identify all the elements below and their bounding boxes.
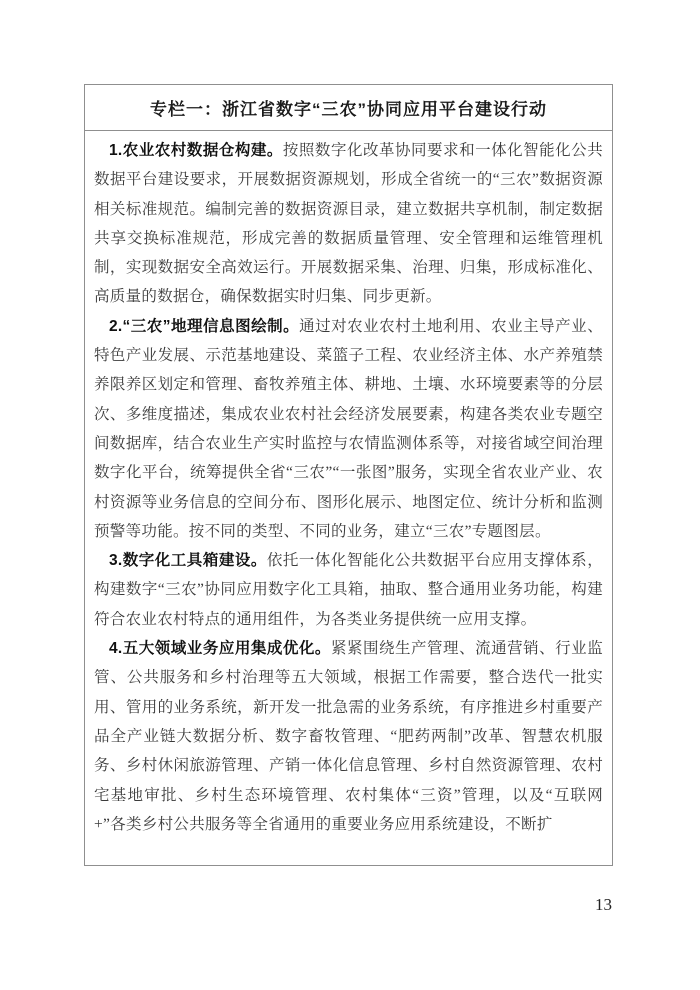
panel-paragraph: 1.农业农村数据仓构建。按照数字化改革协同要求和一体化智能化公共数据平台建设要求… (94, 136, 603, 312)
panel-title-row: 专栏一：浙江省数字“三农”协同应用平台建设行动 (85, 85, 612, 131)
paragraph-text: 紧紧围绕生产管理、流通营销、行业监管、公共服务和乡村治理等五大领域，根据工作需要… (94, 640, 603, 833)
column-box-panel: 专栏一：浙江省数字“三农”协同应用平台建设行动 1.农业农村数据仓构建。按照数字… (84, 84, 613, 866)
panel-paragraph: 3.数字化工具箱建设。依托一体化智能化公共数据平台应用支撑体系，构建数字“三农”… (94, 546, 603, 634)
panel-title: 专栏一：浙江省数字“三农”协同应用平台建设行动 (150, 95, 547, 120)
paragraph-lead: 2.“三农”地理信息图绘制。 (109, 318, 299, 335)
paragraph-lead: 3.数字化工具箱建设。 (109, 552, 267, 569)
panel-paragraph: 2.“三农”地理信息图绘制。通过对农业农村土地利用、农业主导产业、特色产业发展、… (94, 312, 603, 546)
paragraph-lead: 4.五大领域业务应用集成优化。 (109, 640, 331, 657)
document-page: 专栏一：浙江省数字“三农”协同应用平台建设行动 1.农业农村数据仓构建。按照数字… (0, 0, 700, 990)
paragraph-lead: 1.农业农村数据仓构建。 (109, 142, 283, 159)
paragraph-text: 按照数字化改革协同要求和一体化智能化公共数据平台建设要求，开展数据资源规划，形成… (94, 142, 603, 305)
paragraph-text: 通过对农业农村土地利用、农业主导产业、特色产业发展、示范基地建设、菜篮子工程、农… (94, 318, 603, 540)
panel-paragraph: 4.五大领域业务应用集成优化。紧紧围绕生产管理、流通营销、行业监管、公共服务和乡… (94, 634, 603, 839)
page-number: 13 (595, 895, 612, 915)
panel-body: 1.农业农村数据仓构建。按照数字化改革协同要求和一体化智能化公共数据平台建设要求… (85, 131, 612, 839)
